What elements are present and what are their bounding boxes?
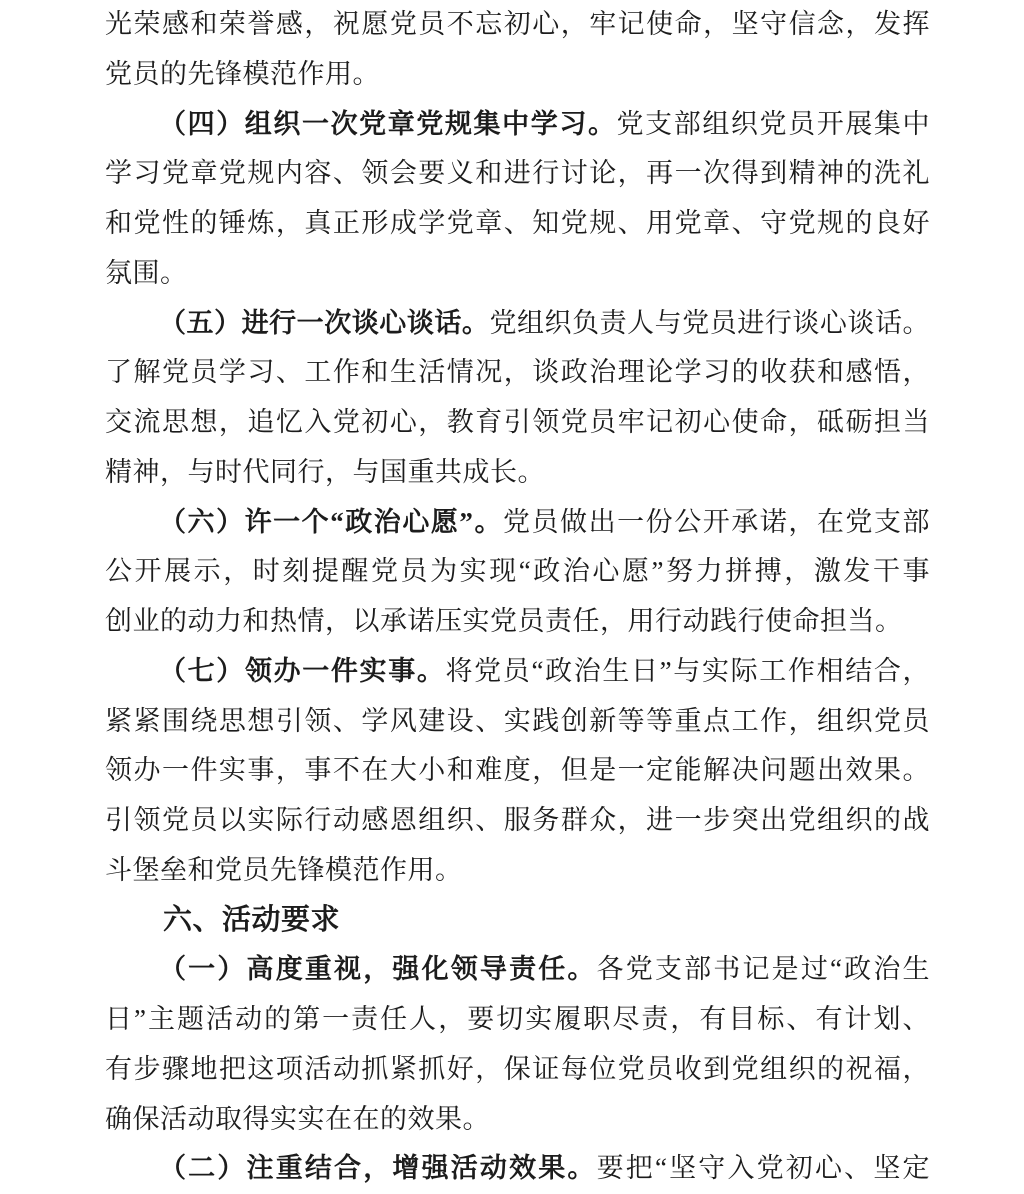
document-line: （七）领办一件实事。将党员“政治生日”与实际工作相结合， bbox=[105, 647, 930, 697]
document-line: 光荣感和荣誉感，祝愿党员不忘初心，牢记使命，坚守信念，发挥 bbox=[105, 0, 930, 50]
document-line: 引领党员以实际行动感恩组织、服务群众，进一步突出党组织的战 bbox=[105, 796, 930, 846]
body-text: 精神，与时代同行，与国重共成长。 bbox=[105, 457, 545, 487]
document-line: 日”主题活动的第一责任人，要切实履职尽责，有目标、有计划、 bbox=[105, 995, 930, 1045]
document-line: 创业的动力和热情，以承诺压实党员责任，用行动践行使命担当。 bbox=[105, 597, 930, 647]
document-line: 了解党员学习、工作和生活情况，谈政治理论学习的收获和感悟， bbox=[105, 348, 930, 398]
document-line: （五）进行一次谈心谈话。党组织负责人与党员进行谈心谈话。 bbox=[105, 299, 930, 349]
bold-lead-text: （二）注重结合，增强活动效果。 bbox=[159, 1153, 597, 1183]
document-line: 和党性的锤炼，真正形成学党章、知党规、用党章、守党规的良好 bbox=[105, 199, 930, 249]
document-line: （六）许一个“政治心愿”。党员做出一份公开承诺，在党支部 bbox=[105, 498, 930, 548]
document-line: 精神，与时代同行，与国重共成长。 bbox=[105, 448, 930, 498]
body-text: 光荣感和荣誉感，祝愿党员不忘初心，牢记使命，坚守信念，发挥 bbox=[105, 9, 930, 39]
document-line: 党员的先锋模范作用。 bbox=[105, 50, 930, 100]
bold-lead-text: （五）进行一次谈心谈话。 bbox=[159, 308, 489, 338]
body-text: 党员的先锋模范作用。 bbox=[105, 59, 380, 89]
body-text: 有步骤地把这项活动抓紧抓好，保证每位党员收到党组织的祝福， bbox=[105, 1054, 930, 1084]
document-page: 光荣感和荣誉感，祝愿党员不忘初心，牢记使命，坚守信念，发挥党员的先锋模范作用。（… bbox=[0, 0, 1024, 1194]
bold-lead-text: （七）领办一件实事。 bbox=[159, 656, 446, 686]
body-text: 创业的动力和热情，以承诺压实党员责任，用行动践行使命担当。 bbox=[105, 606, 903, 636]
body-text: 领办一件实事，事不在大小和难度，但是一定能解决问题出效果。 bbox=[105, 755, 930, 785]
body-text: 氛围。 bbox=[105, 258, 188, 288]
bold-lead-text: （四）组织一次党章党规集中学习。 bbox=[159, 109, 617, 139]
body-text: 紧紧围绕思想引领、学风建设、实践创新等等重点工作，组织党员 bbox=[105, 706, 930, 736]
document-line: 学习党章党规内容、领会要义和进行讨论，再一次得到精神的洗礼 bbox=[105, 149, 930, 199]
document-line: 领办一件实事，事不在大小和难度，但是一定能解决问题出效果。 bbox=[105, 746, 930, 796]
bold-lead-text: （六）许一个“政治心愿”。 bbox=[159, 507, 503, 537]
bold-lead-text: 六、活动要求 bbox=[163, 904, 340, 936]
document-line: 氛围。 bbox=[105, 249, 930, 299]
document-line: （一）高度重视，强化领导责任。各党支部书记是过“政治生 bbox=[105, 945, 930, 995]
body-text: 各党支部书记是过“政治生 bbox=[597, 954, 930, 984]
document-line: 有步骤地把这项活动抓紧抓好，保证每位党员收到党组织的祝福， bbox=[105, 1045, 930, 1095]
body-text: 交流思想，追忆入党初心，教育引领党员牢记初心使命，砥砺担当 bbox=[105, 407, 930, 437]
body-text: 斗堡垒和党员先锋模范作用。 bbox=[105, 855, 463, 885]
document-text-block: 光荣感和荣誉感，祝愿党员不忘初心，牢记使命，坚守信念，发挥党员的先锋模范作用。（… bbox=[105, 0, 930, 1194]
document-line: 斗堡垒和党员先锋模范作用。 bbox=[105, 846, 930, 896]
document-line: 公开展示，时刻提醒党员为实现“政治心愿”努力拼搏，激发干事 bbox=[105, 547, 930, 597]
body-text: 党员做出一份公开承诺，在党支部 bbox=[503, 507, 930, 537]
document-line: 确保活动取得实实在在的效果。 bbox=[105, 1095, 930, 1145]
body-text: 要把“坚守入党初心、坚定 bbox=[597, 1153, 930, 1183]
section-heading: 六、活动要求 bbox=[105, 896, 930, 946]
body-text: 日”主题活动的第一责任人，要切实履职尽责，有目标、有计划、 bbox=[105, 1004, 930, 1034]
document-line: （四）组织一次党章党规集中学习。党支部组织党员开展集中 bbox=[105, 100, 930, 150]
document-line: 紧紧围绕思想引领、学风建设、实践创新等等重点工作，组织党员 bbox=[105, 697, 930, 747]
bold-lead-text: （一）高度重视，强化领导责任。 bbox=[159, 954, 597, 984]
document-line: （二）注重结合，增强活动效果。要把“坚守入党初心、坚定 bbox=[105, 1144, 930, 1194]
body-text: 学习党章党规内容、领会要义和进行讨论，再一次得到精神的洗礼 bbox=[105, 158, 930, 188]
body-text: 了解党员学习、工作和生活情况，谈政治理论学习的收获和感悟， bbox=[105, 357, 930, 387]
body-text: 将党员“政治生日”与实际工作相结合， bbox=[446, 656, 931, 686]
body-text: 引领党员以实际行动感恩组织、服务群众，进一步突出党组织的战 bbox=[105, 805, 930, 835]
body-text: 党支部组织党员开展集中 bbox=[617, 109, 930, 139]
document-line: 交流思想，追忆入党初心，教育引领党员牢记初心使命，砥砺担当 bbox=[105, 398, 930, 448]
body-text: 和党性的锤炼，真正形成学党章、知党规、用党章、守党规的良好 bbox=[105, 208, 930, 238]
body-text: 确保活动取得实实在在的效果。 bbox=[105, 1104, 490, 1134]
body-text: 公开展示，时刻提醒党员为实现“政治心愿”努力拼搏，激发干事 bbox=[105, 556, 930, 586]
body-text: 党组织负责人与党员进行谈心谈话。 bbox=[489, 308, 930, 338]
